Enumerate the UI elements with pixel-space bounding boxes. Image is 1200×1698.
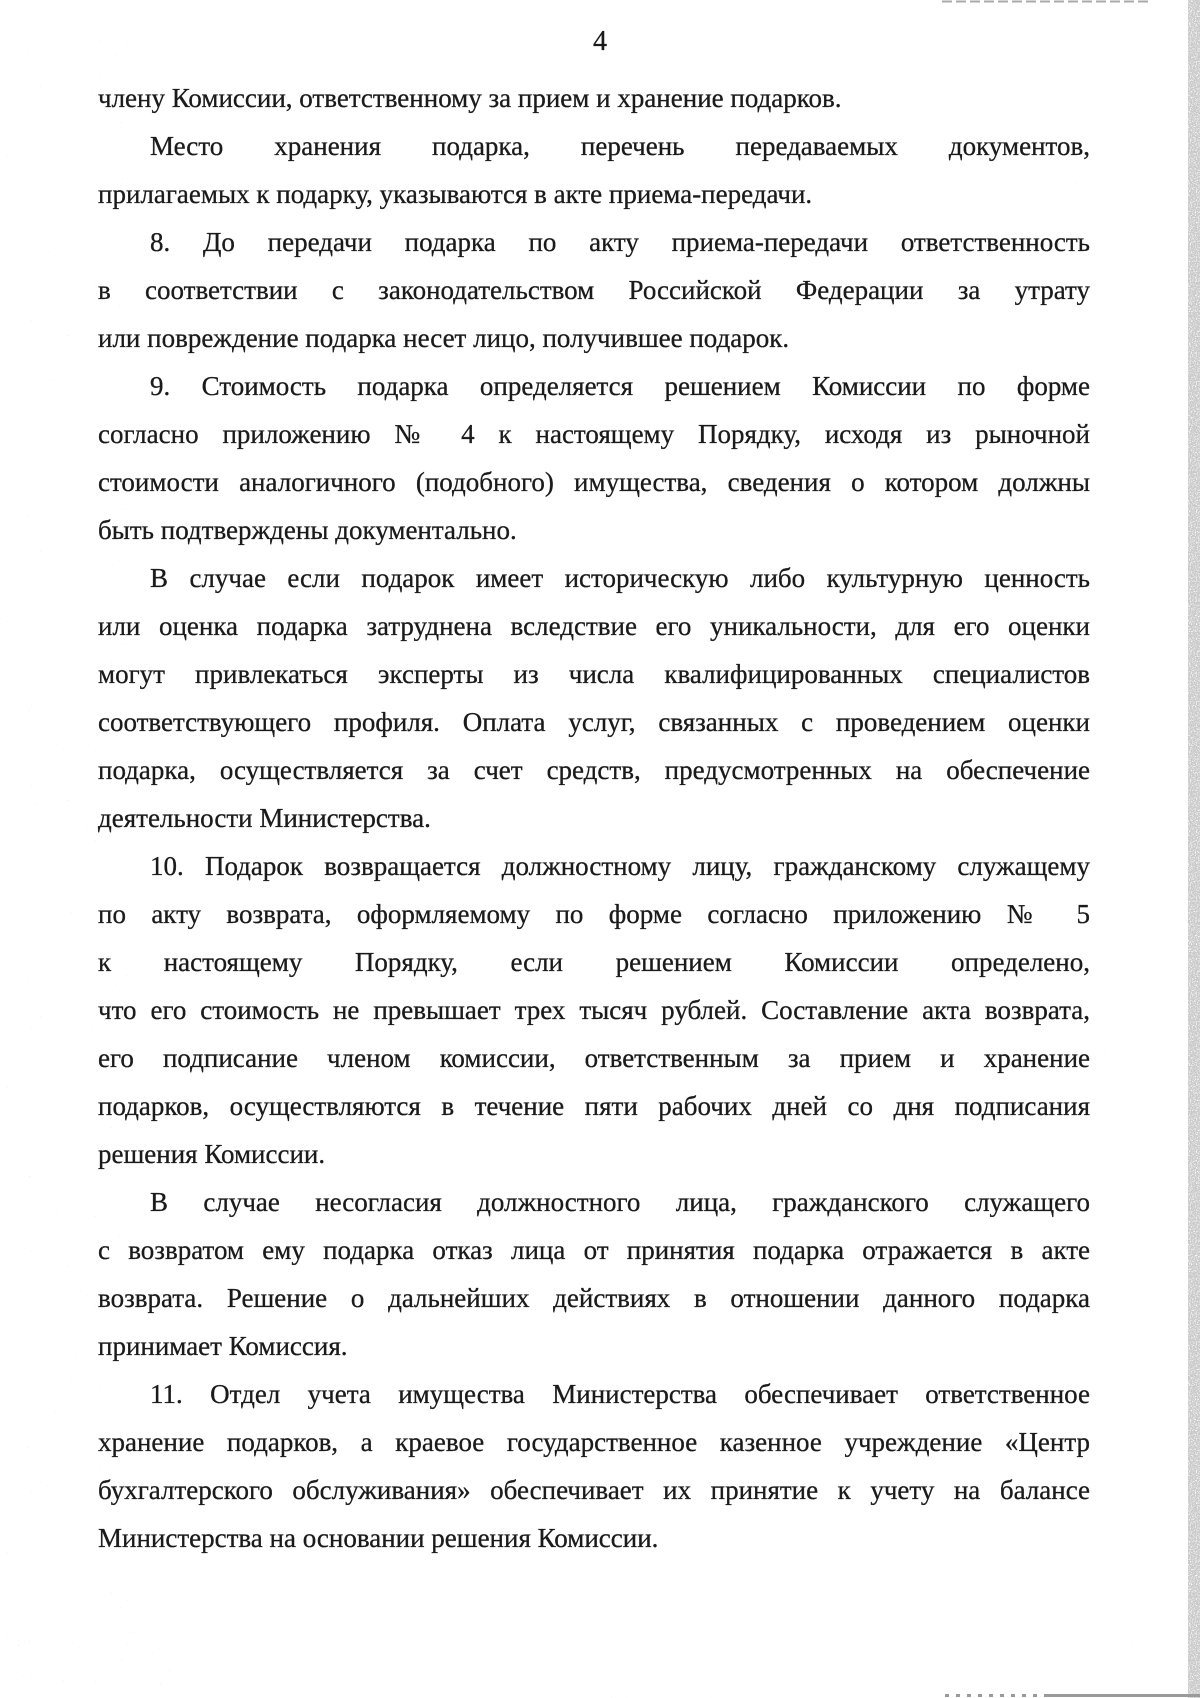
text-line: хранение подарков, а краевое государстве…	[98, 1418, 1090, 1466]
text-line: 9. Стоимость подарка определяется решени…	[98, 362, 1090, 410]
paragraph: В случае несогласия должностного лица, г…	[98, 1178, 1090, 1370]
text-line: стоимости аналогичного (подобного) имуще…	[98, 458, 1090, 506]
text-line: его подписание членом комиссии, ответств…	[98, 1034, 1090, 1082]
paragraph: В случае если подарок имеет историческую…	[98, 554, 1090, 842]
text-line: с возвратом ему подарка отказ лица от пр…	[98, 1226, 1090, 1274]
text-line: или оценка подарка затруднена вследствие…	[98, 602, 1090, 650]
noise-bottom-center	[550, 1550, 870, 1698]
text-line: бухгалтерского обслуживания» обеспечивае…	[98, 1466, 1090, 1514]
text-line: соответствующего профиля. Оплата услуг, …	[98, 698, 1090, 746]
text-line: подарка, осуществляется за счет средств,…	[98, 746, 1090, 794]
text-line: 10. Подарок возвращается должностному ли…	[98, 842, 1090, 890]
text-line: быть подтверждены документально.	[98, 506, 1090, 554]
text-line: согласно приложению № 4 к настоящему Пор…	[98, 410, 1090, 458]
text-line: Место хранения подарка, перечень передав…	[98, 122, 1090, 170]
noise-bottom-left	[0, 1630, 300, 1698]
text-line: что его стоимость не превышает трех тыся…	[98, 986, 1090, 1034]
document-page: 4 члену Комиссии, ответственному за прие…	[0, 0, 1200, 1698]
text-line: Министерства на основании решения Комисс…	[98, 1514, 1090, 1562]
paragraph: Место хранения подарка, перечень передав…	[98, 122, 1090, 218]
paragraph: 11. Отдел учета имущества Министерства о…	[98, 1370, 1090, 1562]
text-line: принимает Комиссия.	[98, 1322, 1090, 1370]
paragraph: 10. Подарок возвращается должностному ли…	[98, 842, 1090, 1178]
text-line: к настоящему Порядку, если решением Коми…	[98, 938, 1090, 986]
text-line: 8. До передачи подарка по акту приема-пе…	[98, 218, 1090, 266]
text-line: В случае если подарок имеет историческую…	[98, 554, 1090, 602]
text-line: подарков, осуществляются в течение пяти …	[98, 1082, 1090, 1130]
paragraph: члену Комиссии, ответственному за прием …	[98, 74, 1090, 122]
paragraph: 9. Стоимость подарка определяется решени…	[98, 362, 1090, 554]
paragraph: 8. До передачи подарка по акту приема-пе…	[98, 218, 1090, 362]
text-line: возврата. Решение о дальнейших действиях…	[98, 1274, 1090, 1322]
text-line: члену Комиссии, ответственному за прием …	[98, 74, 1090, 122]
text-line: 11. Отдел учета имущества Министерства о…	[98, 1370, 1090, 1418]
text-line: прилагаемых к подарку, указываются в акт…	[98, 170, 1090, 218]
text-line: по акту возврата, оформляемому по форме …	[98, 890, 1090, 938]
document-content: члену Комиссии, ответственному за прием …	[98, 74, 1090, 1562]
page-number: 4	[0, 26, 1200, 58]
text-line: В случае несогласия должностного лица, г…	[98, 1178, 1090, 1226]
text-line: могут привлекаться эксперты из числа ква…	[98, 650, 1090, 698]
text-line: в соответствии с законодательством Росси…	[98, 266, 1090, 314]
text-line: решения Комиссии.	[98, 1130, 1090, 1178]
text-line: или повреждение подарка несет лицо, полу…	[98, 314, 1090, 362]
text-line: деятельности Министерства.	[98, 794, 1090, 842]
scanner-edge-strip	[1188, 0, 1200, 1698]
